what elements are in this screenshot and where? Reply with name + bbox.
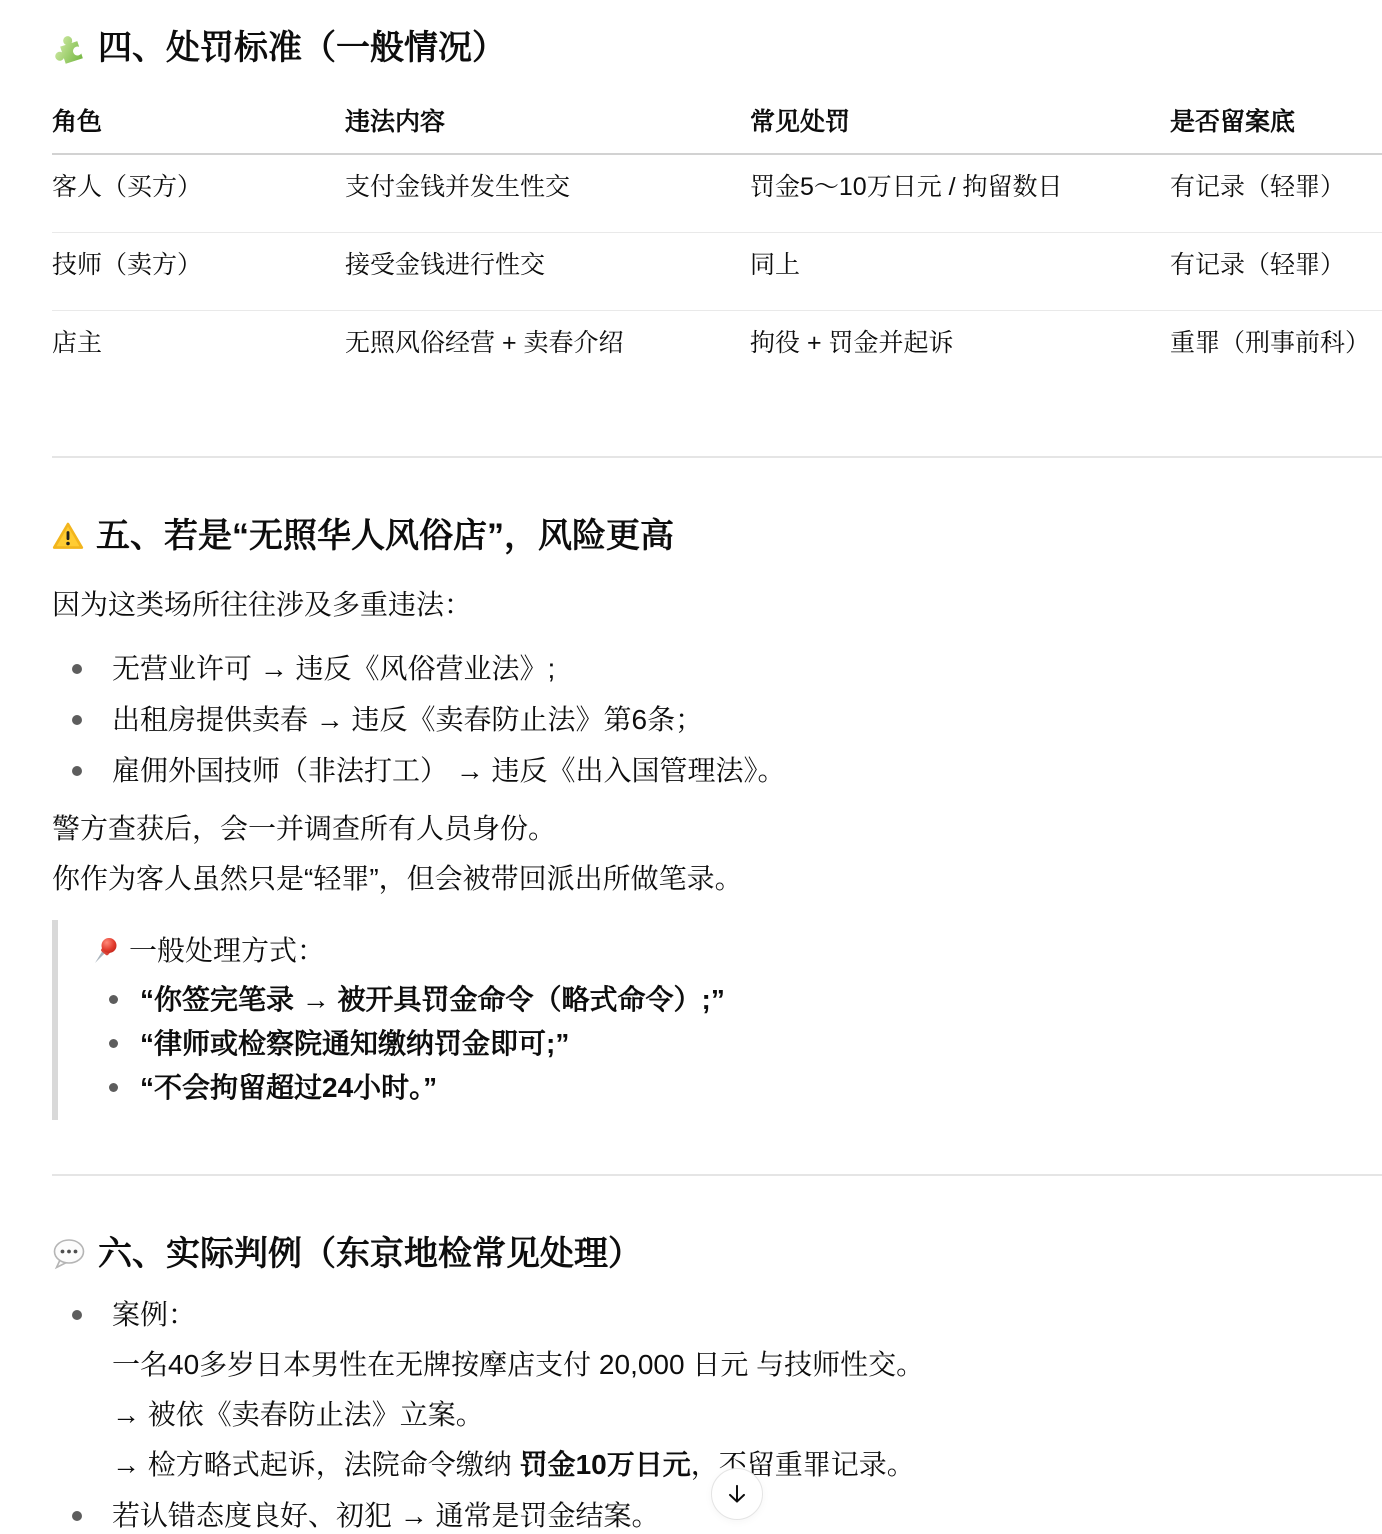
col-header: 是否留案底 — [1170, 106, 1382, 154]
arrow-down-icon — [724, 1481, 750, 1507]
section-divider — [52, 456, 1382, 458]
list-item: “不会拘留超过24小时。” — [140, 1066, 1382, 1110]
cell: 有记录（轻罪） — [1170, 233, 1382, 311]
section5-heading: 五、若是“无照华人风俗店”，风险更高 — [52, 514, 1382, 558]
chat-message: 四、处罚标准（一般情况） 角色 违法内容 常见处罚 是否留案底 客人（买方） 支… — [0, 0, 1382, 1534]
section-divider — [52, 1174, 1382, 1176]
table-row: 技师（卖方） 接受金钱进行性交 同上 有记录（轻罪） — [52, 233, 1382, 311]
cell: 接受金钱进行性交 — [345, 233, 750, 311]
warning-icon — [52, 521, 84, 551]
cell: 技师（卖方） — [52, 233, 345, 311]
cell: 店主 — [52, 311, 345, 389]
section6-title: 六、实际判例（东京地检常见处理） — [98, 1232, 642, 1276]
case-line: → 检方略式起诉，法院命令缴纳 罚金10万日元，不留重罪记录。 — [112, 1449, 915, 1480]
case-label: 案例： — [112, 1299, 196, 1330]
list-item: “律师或检察院通知缴纳罚金即可;” — [140, 1022, 1382, 1066]
list-item: “你签完笔录 → 被开具罚金命令（略式命令）;” — [140, 978, 1382, 1022]
section4-heading: 四、处罚标准（一般情况） — [52, 26, 1382, 70]
cell: 有记录（轻罪） — [1170, 154, 1382, 233]
cell: 无照风俗经营 + 卖春介绍 — [345, 311, 750, 389]
cell: 拘役 + 罚金并起诉 — [750, 311, 1170, 389]
cell: 重罪（刑事前科） — [1170, 311, 1382, 389]
quote-list: “你签完笔录 → 被开具罚金命令（略式命令）;” “律师或检察院通知缴纳罚金即可… — [89, 978, 1382, 1110]
police-paragraph: 警方查获后，会一并调查所有人员身份。 你作为客人虽然只是“轻罪”，但会被带回派出… — [52, 804, 1382, 904]
case-line: → 被依《卖春防止法》立案。 — [112, 1399, 484, 1430]
procedure-blockquote: 一般处理方式： “你签完笔录 → 被开具罚金命令（略式命令）;” “律师或检察院… — [52, 920, 1382, 1120]
col-header: 角色 — [52, 106, 345, 154]
cell: 罚金5～10万日元 / 拘留数日 — [750, 154, 1170, 233]
list-item: 无营业许可 → 违反《风俗营业法》; — [112, 644, 1382, 694]
speech-bubble-icon — [52, 1238, 86, 1270]
section5-title: 五、若是“无照华人风俗店”，风险更高 — [96, 514, 674, 558]
section4-title: 四、处罚标准（一般情况） — [98, 26, 506, 70]
paragraph-line: 你作为客人虽然只是“轻罪”，但会被带回派出所做笔录。 — [52, 863, 743, 894]
list-item: 出租房提供卖春 → 违反《卖春防止法》第6条； — [112, 695, 1382, 745]
quote-title-row: 一般处理方式： — [89, 926, 1382, 976]
table-header-row: 角色 违法内容 常见处罚 是否留案底 — [52, 106, 1382, 154]
section6-heading: 六、实际判例（东京地检常见处理） — [52, 1232, 1382, 1276]
table-row: 客人（买方） 支付金钱并发生性交 罚金5～10万日元 / 拘留数日 有记录（轻罪… — [52, 154, 1382, 233]
case-line: 一名40多岁日本男性在无牌按摩店支付 20,000 日元 与技师性交。 — [112, 1349, 924, 1380]
penalty-table: 角色 违法内容 常见处罚 是否留案底 客人（买方） 支付金钱并发生性交 罚金5～… — [52, 106, 1382, 388]
cell: 支付金钱并发生性交 — [345, 154, 750, 233]
paragraph-line: 警方查获后，会一并调查所有人员身份。 — [52, 813, 556, 844]
cell: 客人（买方） — [52, 154, 345, 233]
col-header: 常见处罚 — [750, 106, 1170, 154]
pushpin-icon — [89, 936, 119, 966]
section5-intro: 因为这类场所往往涉及多重违法： — [52, 580, 1382, 630]
puzzle-icon — [52, 31, 86, 65]
list-item: 雇佣外国技师（非法打工） → 违反《出入国管理法》。 — [112, 746, 1382, 796]
table-row: 店主 无照风俗经营 + 卖春介绍 拘役 + 罚金并起诉 重罪（刑事前科） — [52, 311, 1382, 389]
violation-list: 无营业许可 → 违反《风俗营业法》; 出租房提供卖春 → 违反《卖春防止法》第6… — [52, 644, 1382, 796]
cell: 同上 — [750, 233, 1170, 311]
quote-title: 一般处理方式： — [129, 926, 325, 976]
scroll-to-bottom-button[interactable] — [711, 1468, 763, 1520]
case-item: 案例： 一名40多岁日本男性在无牌按摩店支付 20,000 日元 与技师性交。 … — [112, 1290, 1382, 1490]
col-header: 违法内容 — [345, 106, 750, 154]
fine-amount: 罚金10万日元 — [520, 1449, 691, 1480]
